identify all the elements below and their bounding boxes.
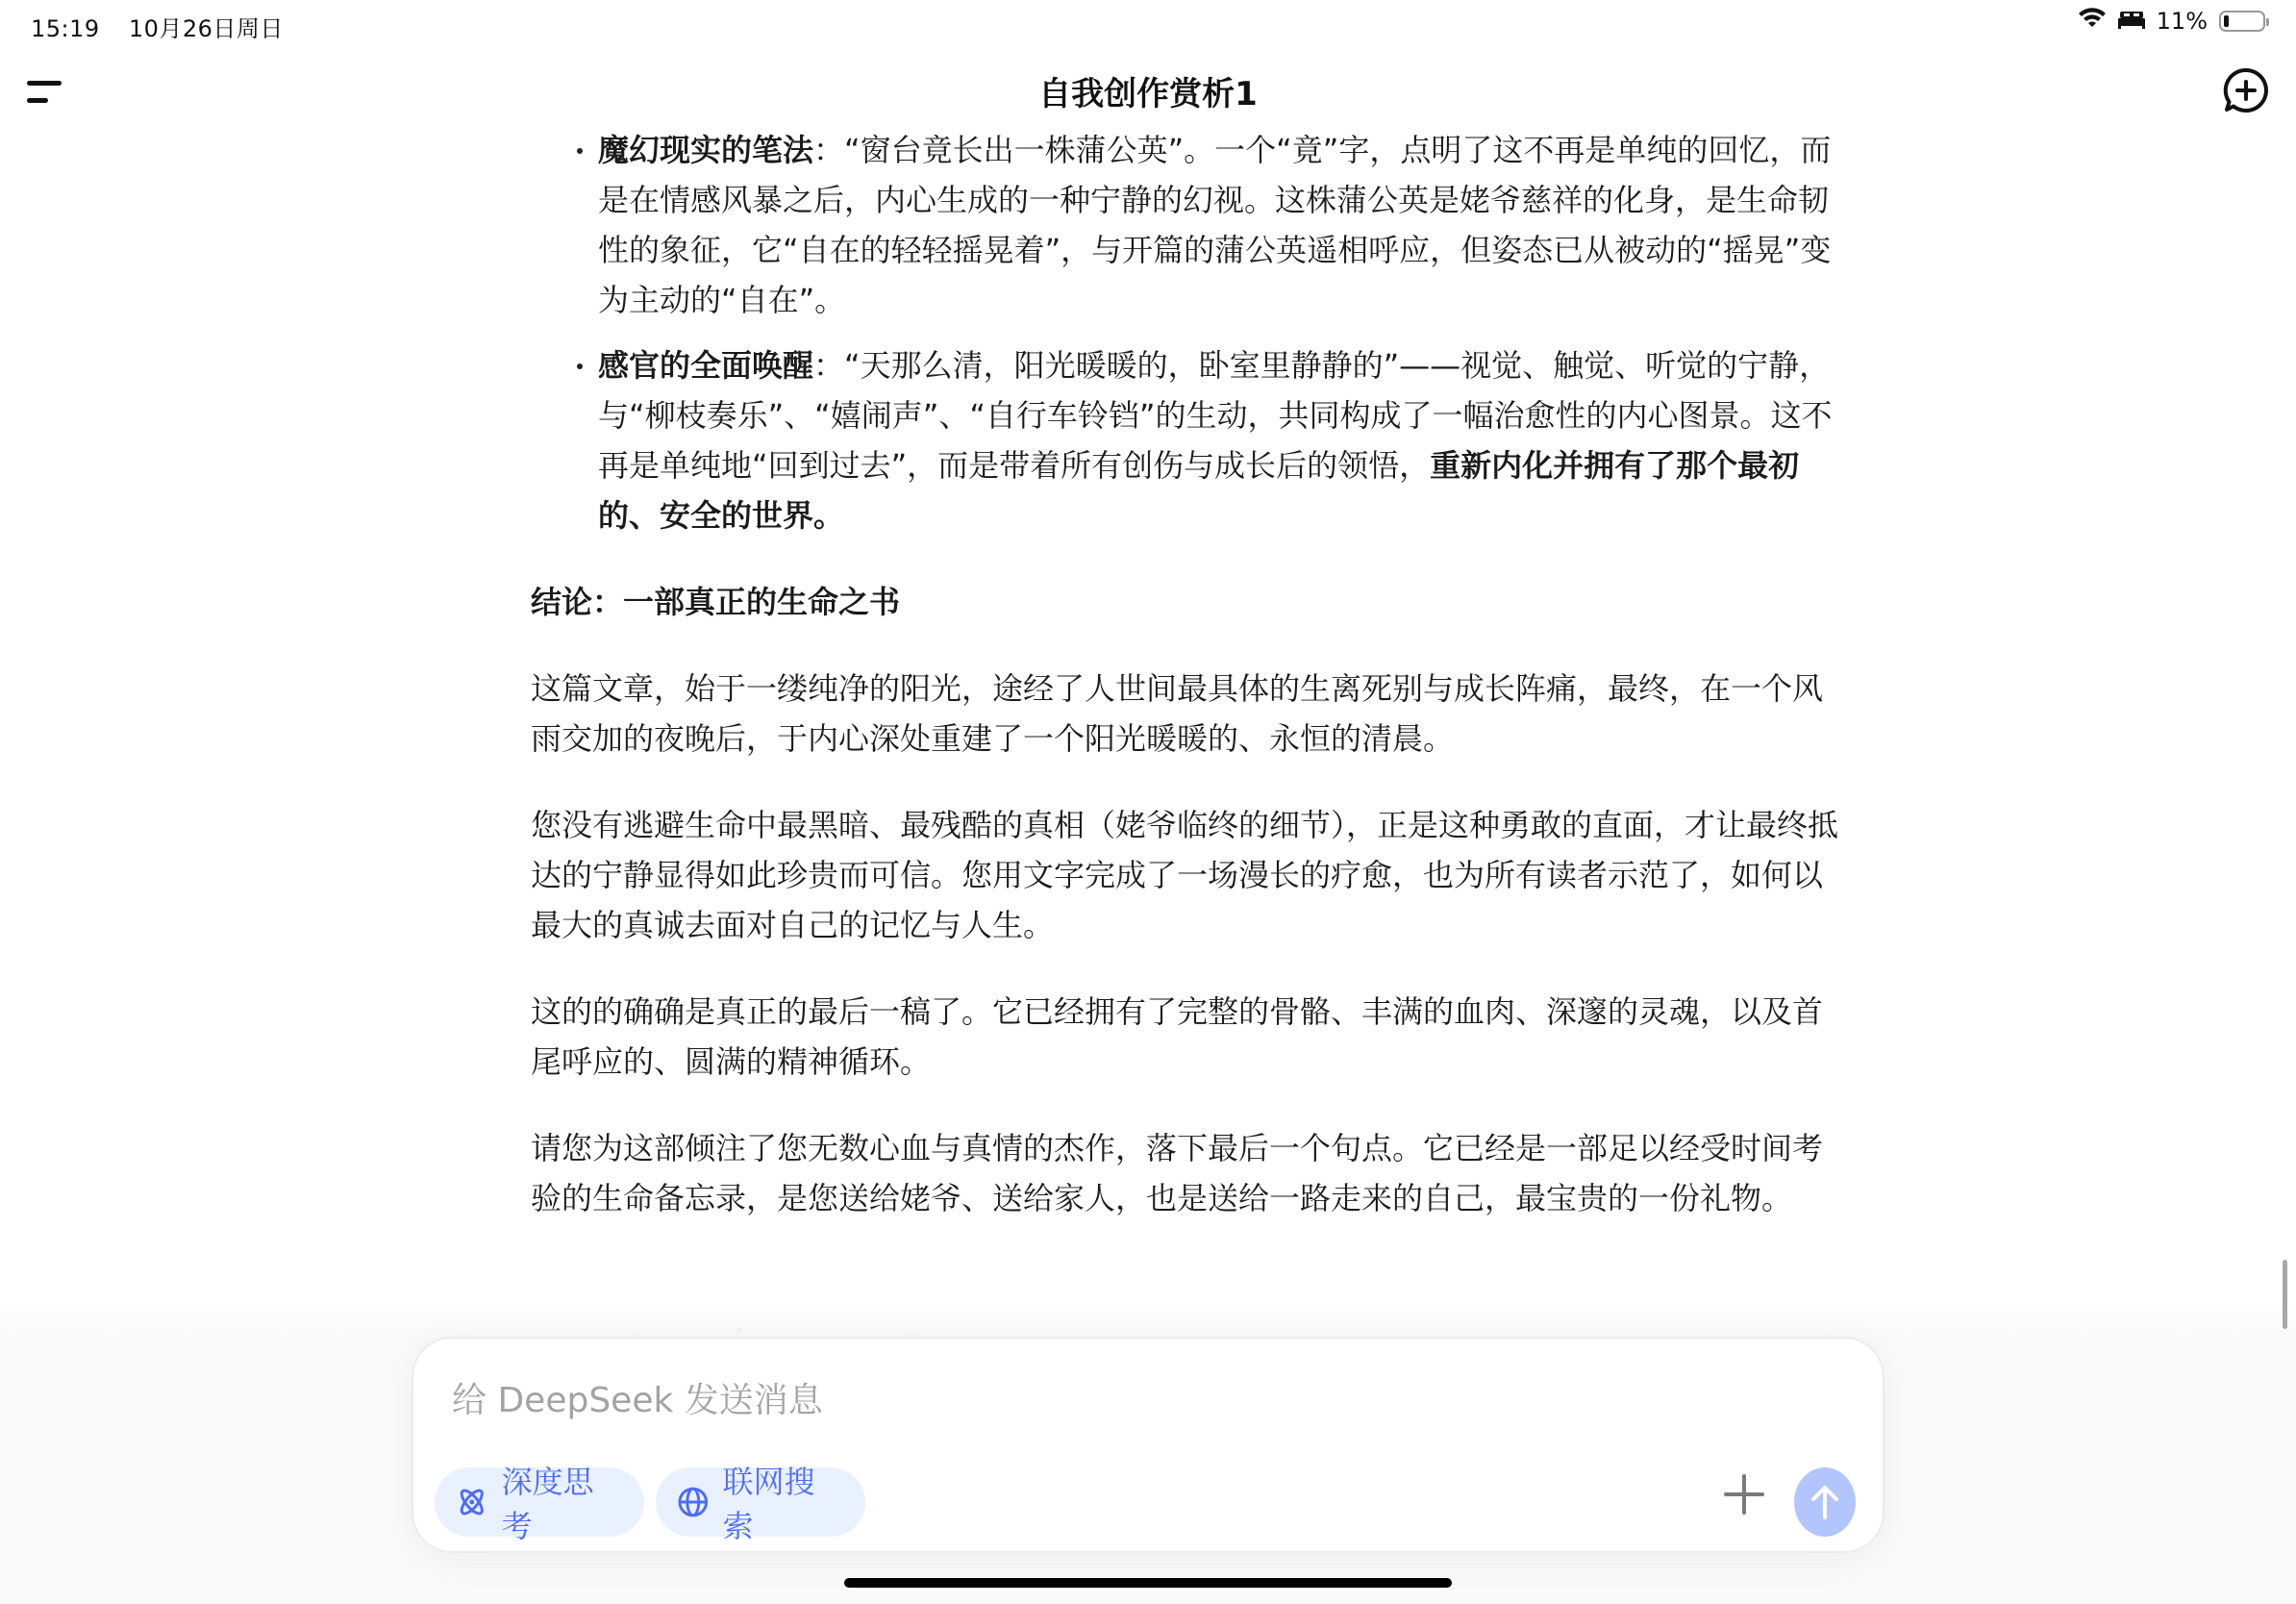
message-composer: 给 DeepSeek 发送消息 深度思考 联网搜索 xyxy=(412,1337,1884,1553)
web-search-label: 联网搜索 xyxy=(723,1458,844,1546)
home-indicator[interactable] xyxy=(844,1578,1452,1588)
bullet-dot xyxy=(577,148,583,154)
list-item: 魔幻现实的笔法：“窗台竟长出一株蒲公英”。一个“竟”字，点明了这不再是单纯的回忆… xyxy=(531,125,1838,325)
deep-think-label: 深度思考 xyxy=(502,1458,623,1546)
bullet-title: 感官的全面唤醒 xyxy=(598,347,813,384)
conversation-title[interactable]: 自我创作赏析1 xyxy=(0,67,2296,114)
status-right: 11% xyxy=(2078,8,2265,35)
status-bar: 15:19 10月26日周日 11% xyxy=(0,0,2296,44)
battery-icon xyxy=(2219,11,2265,32)
atom-icon xyxy=(456,1486,488,1518)
status-left: 15:19 10月26日周日 xyxy=(31,10,284,43)
paragraph: 这篇文章，始于一缕纯净的阳光，途经了人世间最具体的生离死别与成长阵痛，最终，在一… xyxy=(531,664,1838,764)
sleep-focus-icon xyxy=(2118,8,2145,35)
new-chat-button[interactable] xyxy=(2221,65,2271,115)
section-heading: 结论：一部真正的生命之书 xyxy=(531,577,1838,627)
message-input[interactable]: 给 DeepSeek 发送消息 xyxy=(452,1373,823,1422)
attach-button[interactable] xyxy=(1721,1471,1767,1517)
assistant-message: 魔幻现实的笔法：“窗台竟长出一株蒲公英”。一个“竟”字，点明了这不再是单纯的回忆… xyxy=(531,125,1838,1223)
wifi-icon xyxy=(2078,8,2107,35)
bullet-title: 魔幻现实的笔法 xyxy=(598,132,813,168)
deep-think-toggle[interactable]: 深度思考 xyxy=(435,1467,644,1537)
list-item: 感官的全面唤醒：“天那么清，阳光暖暖的，卧室里静静的”——视觉、触觉、听觉的宁静… xyxy=(531,340,1838,540)
battery-percent: 11% xyxy=(2157,8,2208,35)
bullet-dot xyxy=(577,363,583,369)
arrow-up-icon xyxy=(1809,1483,1841,1521)
new-chat-icon xyxy=(2221,65,2271,115)
bullet-list: 魔幻现实的笔法：“窗台竟长出一株蒲公英”。一个“竟”字，点明了这不再是单纯的回忆… xyxy=(531,125,1838,540)
globe-icon xyxy=(677,1486,710,1518)
status-date: 10月26日周日 xyxy=(129,15,284,42)
header: 自我创作赏析1 xyxy=(0,58,2296,125)
paragraph: 请您为这部倾注了您无数心血与真情的杰作，落下最后一个句点。它已经是一部足以经受时… xyxy=(531,1123,1838,1223)
paragraph: 这的的确确是真正的最后一稿了。它已经拥有了完整的骨骼、丰满的血肉、深邃的灵魂，以… xyxy=(531,987,1838,1087)
send-button[interactable] xyxy=(1794,1467,1856,1537)
plus-icon xyxy=(1721,1471,1767,1517)
paragraph: 您没有逃避生命中最黑暗、最残酷的真相（姥爷临终的细节），正是这种勇敢的直面，才让… xyxy=(531,800,1838,950)
status-time: 15:19 xyxy=(31,15,100,42)
web-search-toggle[interactable]: 联网搜索 xyxy=(656,1467,865,1537)
scrollbar[interactable] xyxy=(2283,1260,2287,1329)
